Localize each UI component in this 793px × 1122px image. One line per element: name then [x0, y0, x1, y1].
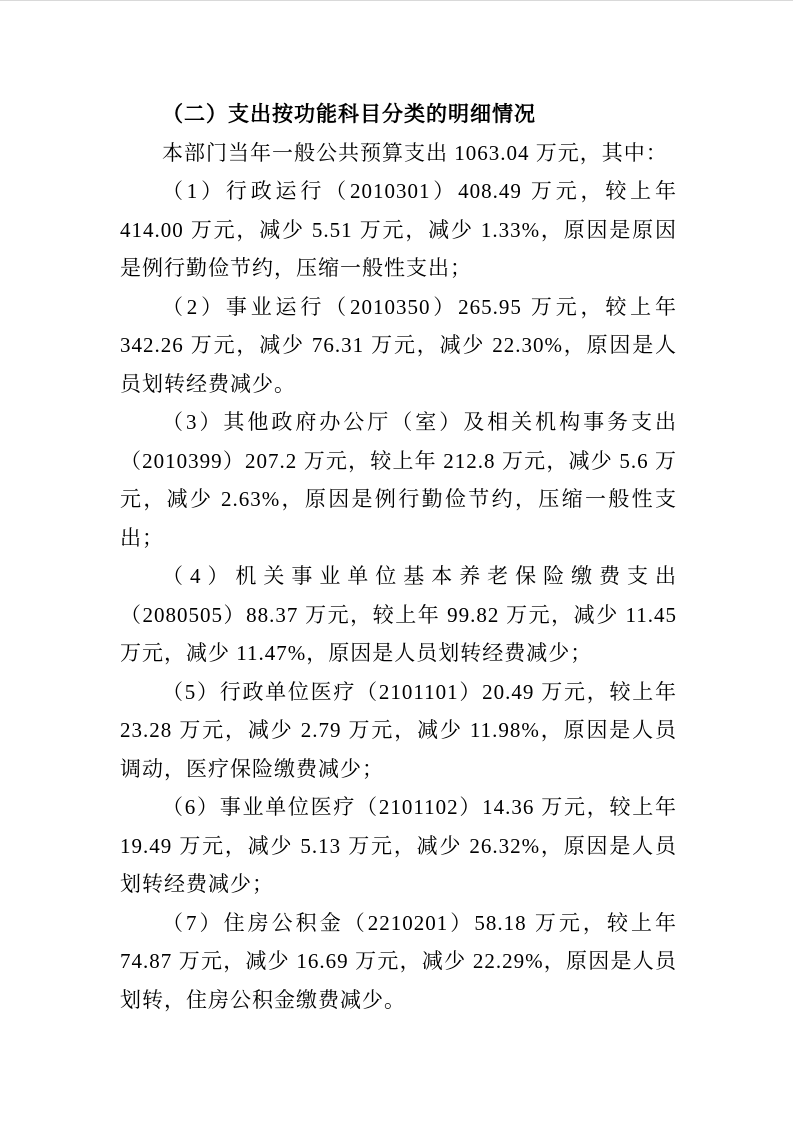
item-paragraph-2: （2）事业运行（2010350）265.95 万元，较上年 342.26 万元，…: [120, 288, 677, 404]
item-paragraph-4: （4）机关事业单位基本养老保险缴费支出（2080505）88.37 万元，较上年…: [120, 557, 677, 673]
page-content: （二）支出按功能科目分类的明细情况 本部门当年一般公共预算支出 1063.04 …: [0, 0, 793, 1019]
item-paragraph-7: （7）住房公积金（2210201）58.18 万元，较上年 74.87 万元，减…: [120, 904, 677, 1020]
item-paragraph-3: （3）其他政府办公厅（室）及相关机构事务支出（2010399）207.2 万元，…: [120, 403, 677, 557]
intro-paragraph: 本部门当年一般公共预算支出 1063.04 万元，其中：: [120, 134, 677, 173]
section-heading: （二）支出按功能科目分类的明细情况: [120, 95, 677, 134]
item-paragraph-1: （1）行政运行（2010301）408.49 万元，较上年 414.00 万元，…: [120, 172, 677, 288]
item-paragraph-5: （5）行政单位医疗（2101101）20.49 万元，较上年 23.28 万元，…: [120, 673, 677, 789]
page-top-edge: [0, 0, 793, 1]
document-page: （二）支出按功能科目分类的明细情况 本部门当年一般公共预算支出 1063.04 …: [0, 0, 793, 1122]
item-paragraph-6: （6）事业单位医疗（2101102）14.36 万元，较上年 19.49 万元，…: [120, 788, 677, 904]
